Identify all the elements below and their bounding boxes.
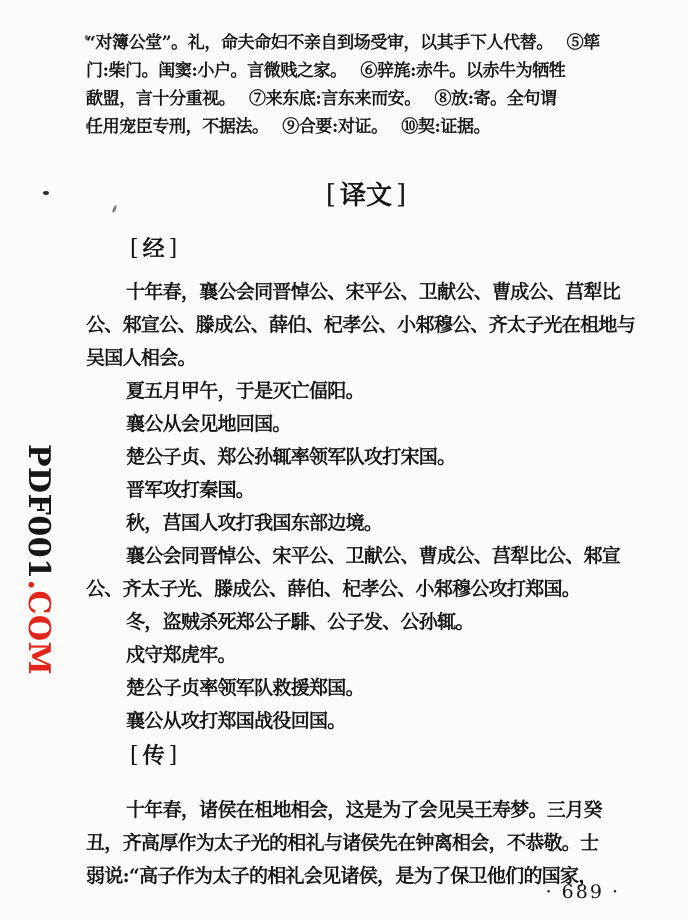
watermark-black-text: PDF001	[21, 444, 56, 580]
section-label-zhuan: [传]	[86, 741, 646, 772]
text-line: 冬，盗贼杀死郑公子騑、公子发、公孙辄。	[86, 606, 646, 639]
text-line: 秋，莒国人攻打我国东部边境。	[86, 507, 646, 540]
text-line: 公、齐太子光、滕成公、薛伯、杞孝公、小邾穆公攻打郑国。	[86, 573, 646, 606]
watermark: PDF001.COM	[21, 444, 56, 675]
page-number: · 689 ·	[86, 881, 620, 903]
jing-text-block: 十年春，襄公会同晋悼公、宋平公、卫献公、曹成公、莒犁比 公、邾宣公、滕成公、薛伯…	[86, 276, 646, 738]
annotation-line: “对簿公堂”。礼，命夫命妇不亲自到场受审，以其手下人代替。 ⑤筚	[86, 29, 646, 57]
text-line: 襄公从会见地回国。	[86, 408, 646, 441]
bracket-right: ]	[392, 180, 410, 210]
heading-title: 译文	[340, 181, 392, 211]
text-line: 襄公从攻打郑国战役回国。	[86, 705, 646, 738]
annotations-block: “对簿公堂”。礼，命夫命妇不亲自到场受审，以其手下人代替。 ⑤筚 门:柴门。闺窦…	[86, 29, 646, 141]
scan-speck	[43, 191, 49, 195]
scan-speck	[86, 92, 88, 96]
text-line: 吴国人相会。	[86, 342, 646, 375]
watermark-red-text: .COM	[21, 580, 56, 676]
annotation-line: 门:柴门。闺窦:小户。言微贱之家。 ⑥骍旄:赤牛。以赤牛为牺牲	[86, 57, 646, 85]
text-line: 丑，齐高厚作为太子光的相礼与诸侯先在钟离相会，不恭敬。士	[86, 827, 646, 860]
text-line: 十年春，诸侯在柤地相会，这是为了会见吴王寿梦。三月癸	[86, 794, 646, 827]
text-line: 戍守郑虎牢。	[86, 639, 646, 672]
bracket-left: [	[126, 236, 143, 261]
section-heading-yiwen: [译文]	[86, 179, 646, 213]
scan-speck	[86, 123, 89, 129]
text-line: 公、邾宣公、滕成公、薛伯、杞孝公、小邾穆公、齐太子光在柤地与	[86, 309, 646, 342]
bracket-right: ]	[165, 236, 182, 261]
text-line: 楚公子贞、郑公孙辄率领军队攻打宋国。	[86, 441, 646, 474]
bracket-left: [	[322, 180, 340, 210]
bracket-left: [	[126, 743, 143, 768]
zhuan-label: 传	[143, 743, 165, 769]
text-line: 十年春，襄公会同晋悼公、宋平公、卫献公、曹成公、莒犁比	[86, 276, 646, 309]
bracket-right: ]	[165, 743, 182, 768]
scan-speck	[85, 35, 88, 40]
text-line: 襄公会同晋悼公、宋平公、卫献公、曹成公、莒犁比公、邾宣	[86, 540, 646, 573]
jing-label: 经	[143, 236, 165, 262]
zhuan-text-block: 十年春，诸侯在柤地相会，这是为了会见吴王寿梦。三月癸 丑，齐高厚作为太子光的相礼…	[86, 794, 646, 893]
annotation-line: 歃盟，言十分重视。 ⑦来东底:言东来而安。 ⑧放:寄。全句谓	[86, 85, 646, 113]
text-line: 楚公子贞率领军队救援郑国。	[86, 672, 646, 705]
annotation-line: 任用宠臣专刑，不据法。 ⑨合要:对证。 ⑩契:证据。	[86, 113, 646, 141]
section-label-jing: [经]	[86, 234, 646, 265]
text-line: 晋军攻打秦国。	[86, 474, 646, 507]
text-line: 夏五月甲午，于是灭亡偪阳。	[86, 375, 646, 408]
scanned-book-page: PDF001.COM “对簿公堂”。礼，命夫命妇不亲自到场受审，以其手下人代替。…	[0, 0, 687, 920]
